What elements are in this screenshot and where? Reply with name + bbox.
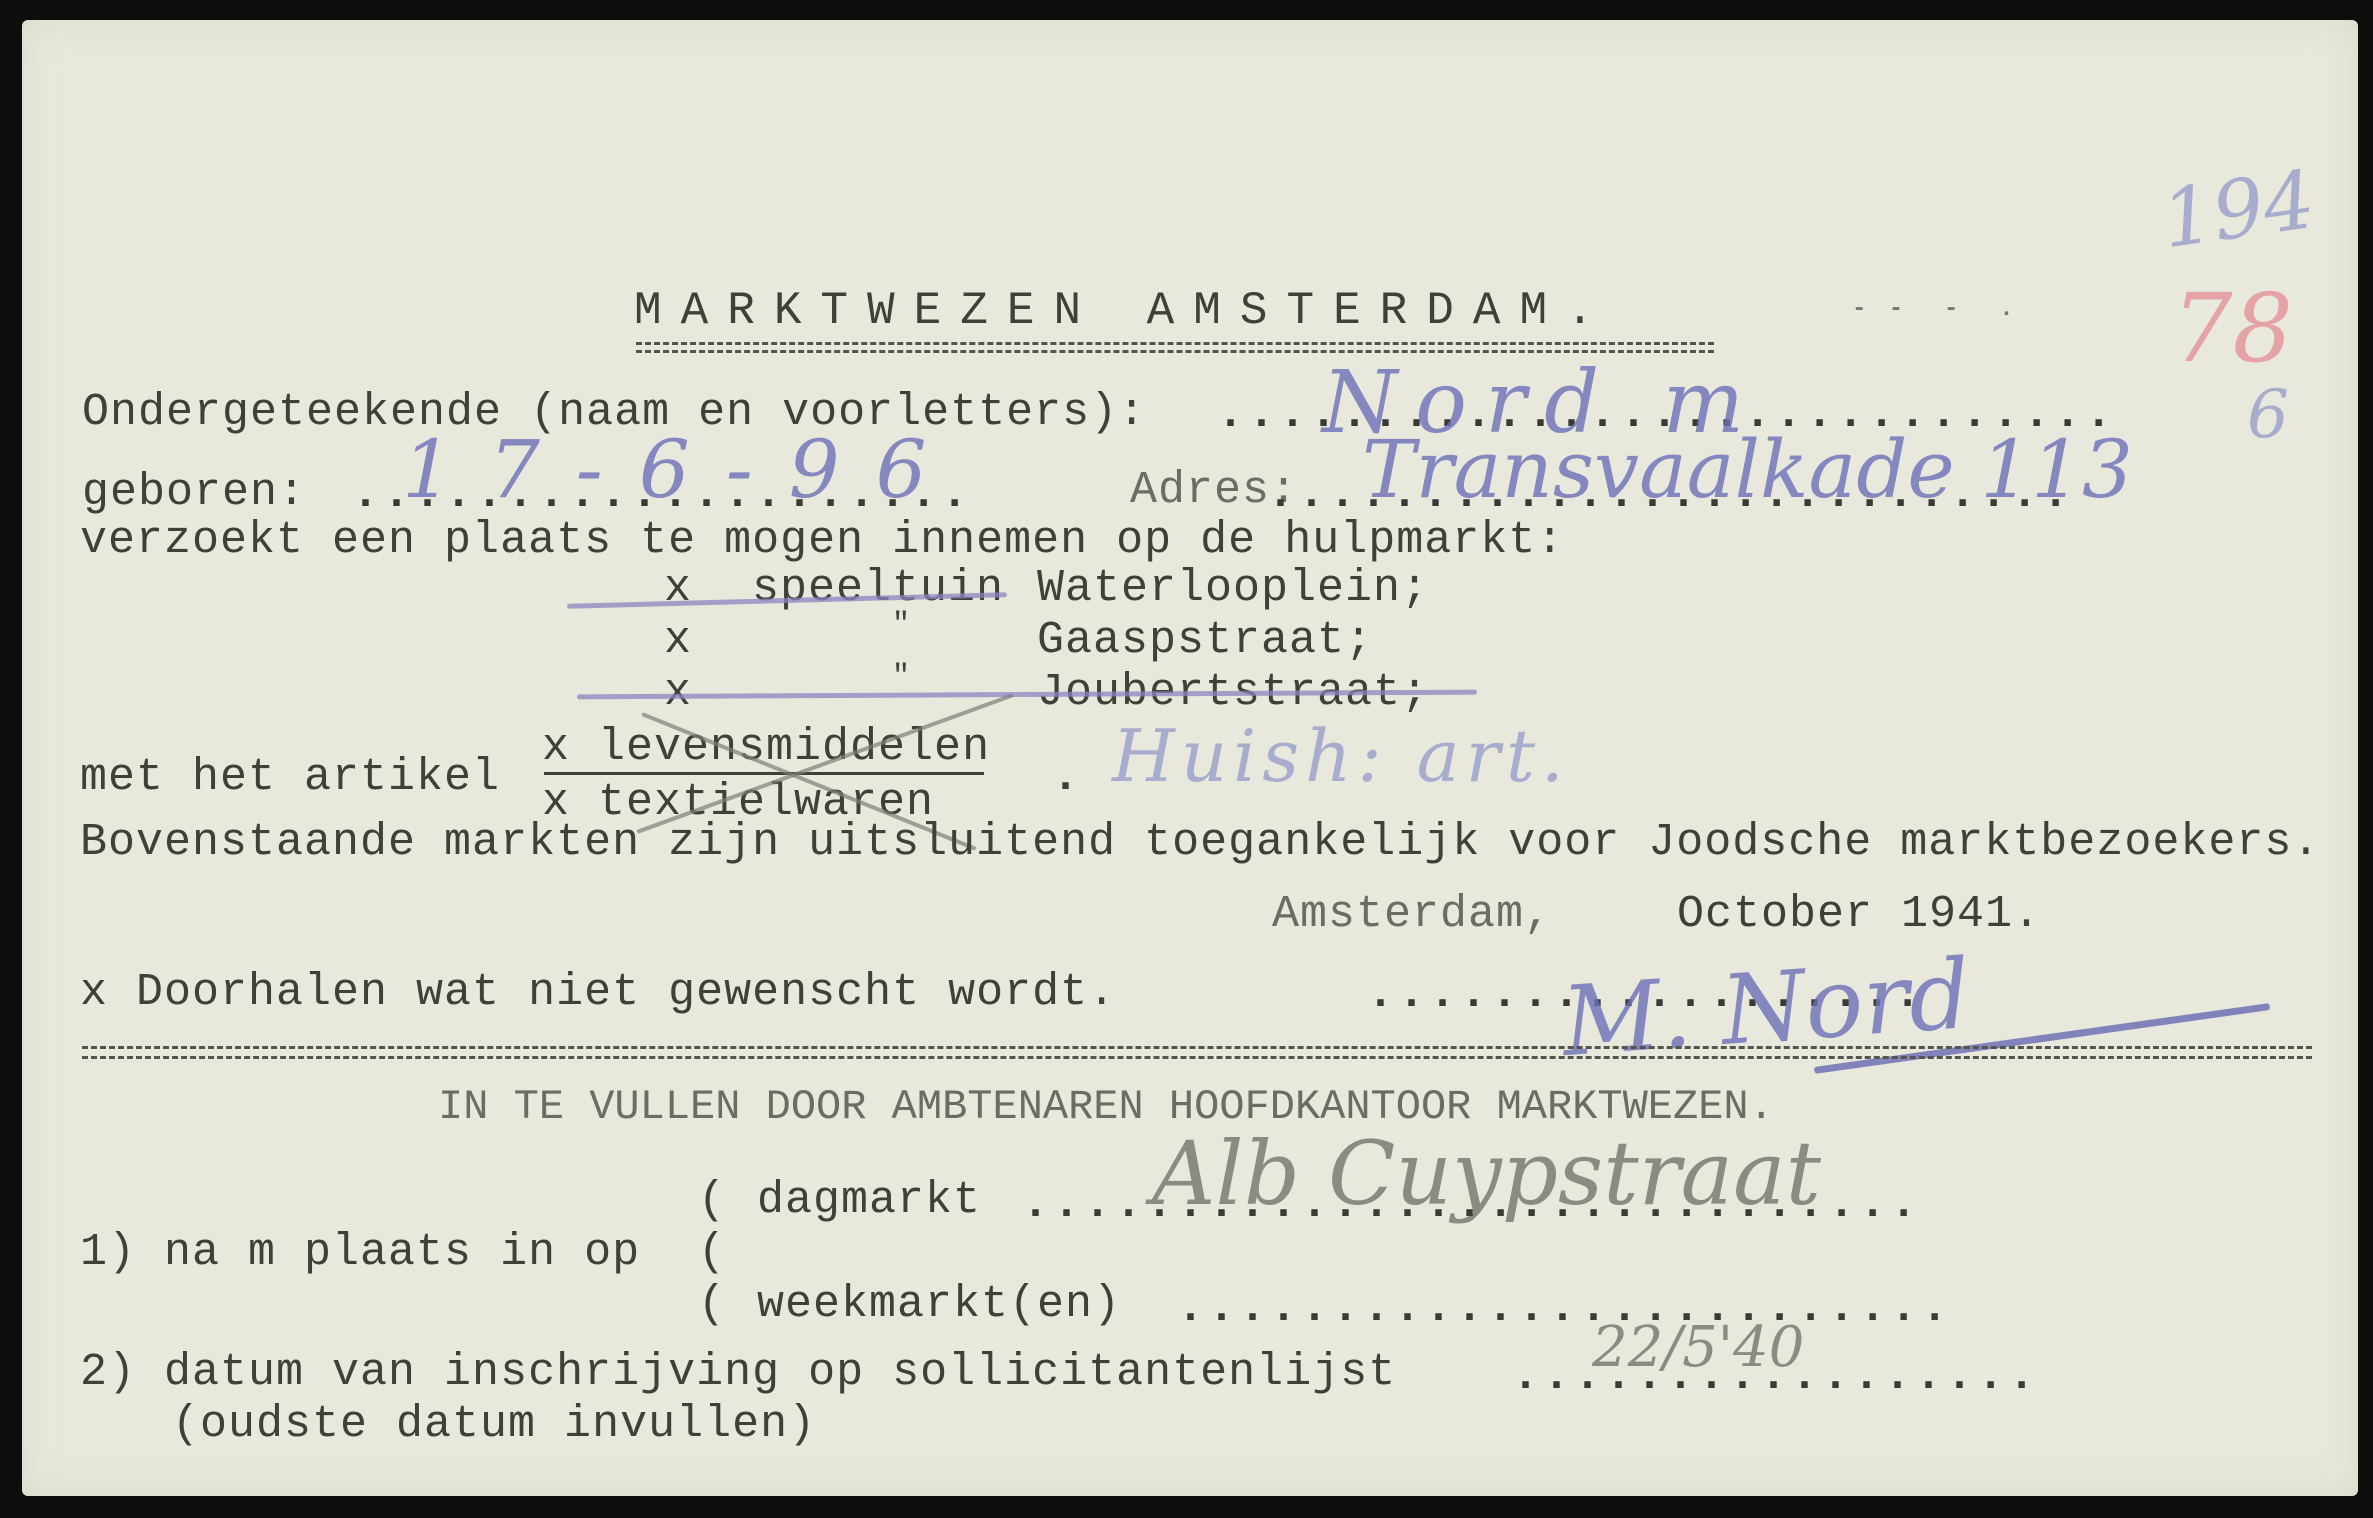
article-handwritten-note: Huish: art. [1112, 720, 1570, 792]
market-marker-3[interactable]: x [664, 670, 692, 715]
option-weekmarkt[interactable]: weekmarkt(en) [757, 1282, 1121, 1327]
title-underline [636, 342, 1714, 345]
title-trailing-dots: - - - . [1852, 298, 2018, 322]
born-value: 17-6-96 [402, 430, 963, 510]
dagmarkt-dots[interactable]: ............................. [1022, 1182, 1921, 1227]
section-separator-1 [82, 1046, 2312, 1049]
options-brace-top: ( [698, 1178, 725, 1223]
date: October 1941. [1677, 892, 2041, 937]
signature: M. Nord [1559, 946, 1973, 1070]
footnote-strike-instruction: x Doorhalen wat niet gewenscht wordt. [80, 970, 1116, 1015]
market-prefix-1: speeltuin [752, 566, 1004, 611]
article-period: . [1052, 755, 1080, 800]
market-marker-2[interactable]: x [664, 618, 692, 663]
form-paper: 194 78 MARKTWEZEN AMSTERDAM. - - - . Ond… [22, 20, 2358, 1496]
address-value: Transvaalkade 113 [1362, 430, 2133, 510]
jewish-markets-notice: Bovenstaande markten zijn uitsluitend to… [80, 820, 2320, 865]
margin-number-78: 78 [2172, 282, 2293, 377]
request-line: verzoekt een plaats te mogen innemen op … [80, 518, 1564, 563]
item1-label: 1) na m plaats in op [80, 1230, 640, 1275]
born-label: geboren: [82, 470, 306, 515]
item2-label: 2) datum van inschrijving op sollicitant… [80, 1350, 1396, 1395]
section-separator-2 [82, 1056, 2312, 1059]
article-divider [544, 772, 984, 775]
market-name-waterlooplein: Waterlooplein; [1037, 566, 1429, 611]
option-dagmarkt[interactable]: dagmarkt [757, 1178, 981, 1223]
market-prefix-3: " [892, 662, 911, 692]
name-suffix: 6 [2247, 382, 2289, 448]
market-name-gaaspstraat: Gaaspstraat; [1037, 618, 1373, 663]
registration-date-handwritten: 22/5'40 [1592, 1320, 1804, 1376]
options-brace-mid: ( [698, 1230, 725, 1275]
article-label: met het artikel [80, 755, 500, 800]
margin-number-194: 194 [2157, 160, 2319, 260]
form-title: MARKTWEZEN AMSTERDAM. [634, 288, 1613, 334]
place: Amsterdam, [1272, 892, 1552, 937]
options-brace-bottom: ( [698, 1282, 725, 1327]
item2-sublabel: (oudste datum invullen) [172, 1402, 816, 1447]
weekmarkt-dots[interactable]: ......................... [1177, 1286, 1952, 1331]
market-prefix-2: " [892, 610, 911, 640]
